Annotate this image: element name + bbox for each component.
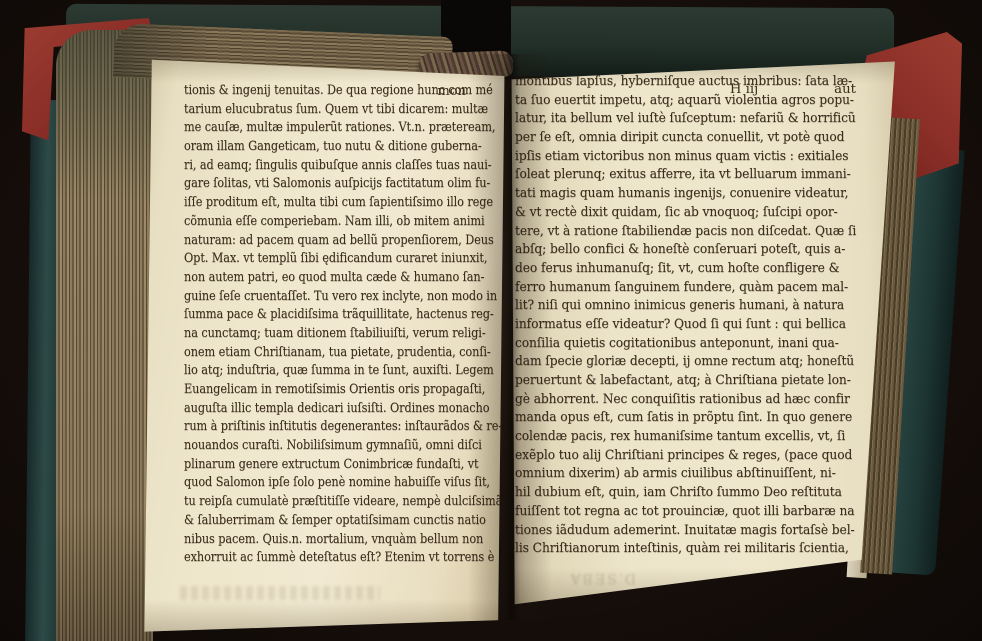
text-line: Opt. Max. vt templũ ſibi ędificandum cur… <box>184 250 502 269</box>
text-line: omnium dixerim) ab armis ciuilibus abſti… <box>515 465 856 484</box>
left-page-lines: tionis & ingenij tenuitas. De qua region… <box>184 82 550 568</box>
text-line: auguſta illic templa dedicari iuſsiſti. … <box>184 400 502 419</box>
catchword: aut <box>834 80 856 99</box>
text-line: na cunctamq; tuam ditionem ſtabiliuiſti,… <box>184 325 502 344</box>
text-line: oram illam Gangeticam, tuo nutu & dition… <box>184 138 502 157</box>
bleedthrough-text: D.SEBA <box>516 570 636 586</box>
text-line: rum à priſtinis inſtitutis degenerantes:… <box>184 418 502 437</box>
text-line: nibus pacem. Quis.n. mortalium, vnquàm b… <box>184 531 502 550</box>
text-line: lit? niſi qui omnino inimicus generis hu… <box>515 297 856 316</box>
left-page-edges <box>56 30 153 641</box>
text-line: conſilia quietis cogitationibus anteponu… <box>515 335 856 354</box>
text-line: colendæ pacis, rex humaniſsime tantum ex… <box>515 428 856 447</box>
text-line: lio atq; induſtria, quæ ſumma in te ſunt… <box>184 362 502 381</box>
text-line: tere, vt à ratione ſtabiliendæ pacis non… <box>515 223 856 242</box>
bleedthrough-smudge <box>180 586 380 600</box>
text-line: non autem patri, eo quod multa cæde & hu… <box>184 269 502 288</box>
text-line: dam ſpecie gloriæ decepti, ij omne rectu… <box>515 353 856 372</box>
text-line: gè abhorrent. Nec conquiſitis rationibus… <box>515 391 856 410</box>
text-line: hil dubium eſt, quin, iam Chriſto ſummo … <box>515 484 856 503</box>
text-line: guine ſeſe cruentaſſet. Tu vero rex incl… <box>184 288 502 307</box>
text-line: & ſaluberrimam & ſemper optatiſsimam cun… <box>184 512 502 531</box>
text-line: manda opus eſt, cum ſatis in prõptu ſint… <box>515 409 856 428</box>
text-line: tati magis quam humanis ingenijs, conuen… <box>515 185 856 204</box>
left-page: tionis & ingenij tenuitas. De qua region… <box>140 54 510 634</box>
text-line: informatus eſſe videatur? Quod ſi qui ſu… <box>515 316 856 335</box>
text-line: ipſis etiam victoribus non minus quam vi… <box>515 148 856 167</box>
book-photo: tionis & ingenij tenuitas. De qua region… <box>0 0 982 641</box>
text-line: ſumma pace & placidiſsima trãquillitate,… <box>184 306 502 325</box>
text-line: deo ferus inhumanuſq; ſit, vt, cum hoſte… <box>515 260 856 279</box>
text-line: quod Salomon ipſe ſolo penè nomine habui… <box>184 474 502 493</box>
text-line: ri, ad eamq; ſingulis quibuſque annis cl… <box>184 157 502 176</box>
text-line: abſq; bello confici & honeſtè conſeruari… <box>515 241 856 260</box>
text-line: iſſe proditum eſt, multa tibi cum ſapien… <box>184 194 502 213</box>
text-line: gare ſolitas, vti Salomonis auſpicijs fa… <box>184 175 502 194</box>
right-page-text: montibus lapſus, hyberniſque auctus imbr… <box>515 73 856 99</box>
text-line: Euangelicam in remotiſsimis Orientis ori… <box>184 381 502 400</box>
text-line: fuiſſent tot regna ac tot prouinciæ, quo… <box>515 503 856 522</box>
signature-line: H iij aut <box>515 80 856 99</box>
text-line: latur, ita bellum vel iuſtè ſuſceptum: n… <box>515 110 856 129</box>
text-line: tiones iãdudum ademerint. Inuitatæ magis… <box>515 522 856 541</box>
text-line: plinarum genere extructum Conimbricæ fun… <box>184 456 502 475</box>
text-line: ferro humanum ſanguinem fundere, quàm pa… <box>515 279 856 298</box>
right-page: D.SEBA montibus lapſus, hyberniſque auct… <box>506 56 902 612</box>
text-line: tu reipſa cumulatè præſtitiſſe videare, … <box>184 493 502 512</box>
text-line: cõmunia eſſe comperiebam. Nam illi, ob m… <box>184 213 502 232</box>
left-page-text: tionis & ingenij tenuitas. De qua region… <box>184 82 502 101</box>
text-line: peruertunt & labefactant, atq; à Chriſti… <box>515 372 856 391</box>
text-line: per ſe eſt, omnia diripit cuncta conuell… <box>515 129 856 148</box>
text-line: tarium elucubratus ſum. Quem vt tibi dic… <box>184 101 502 120</box>
text-line: naturam: ad pacem quam ad bellũ propenſi… <box>184 232 502 251</box>
text-line: lis Chriſtianorum inteſtinis, quàm rei m… <box>515 540 856 559</box>
catchword: mon <box>184 82 502 101</box>
text-line: ſoleat plerunq; exitus afferre, ita vt b… <box>515 166 856 185</box>
signature-mark: H iij <box>730 80 758 99</box>
text-line: exẽplo tuo alij Chriſtiani principes & r… <box>515 447 856 466</box>
text-line: me cauſæ, multæ impulerũt rationes. Vt.n… <box>184 119 502 138</box>
text-line: exhorruit ac ſummè deteſtatus eſt? Eteni… <box>184 549 502 568</box>
text-line: & vt rectè dixit quidam, ſic ab vnoquoq;… <box>515 204 856 223</box>
right-page-lines: montibus lapſus, hyberniſque auctus imbr… <box>515 73 885 559</box>
text-line: nouandos curaſti. Nobiliſsimum gymnaſiũ,… <box>184 437 502 456</box>
text-line: onem etiam Chriſtianam, tua pietate, pru… <box>184 344 502 363</box>
